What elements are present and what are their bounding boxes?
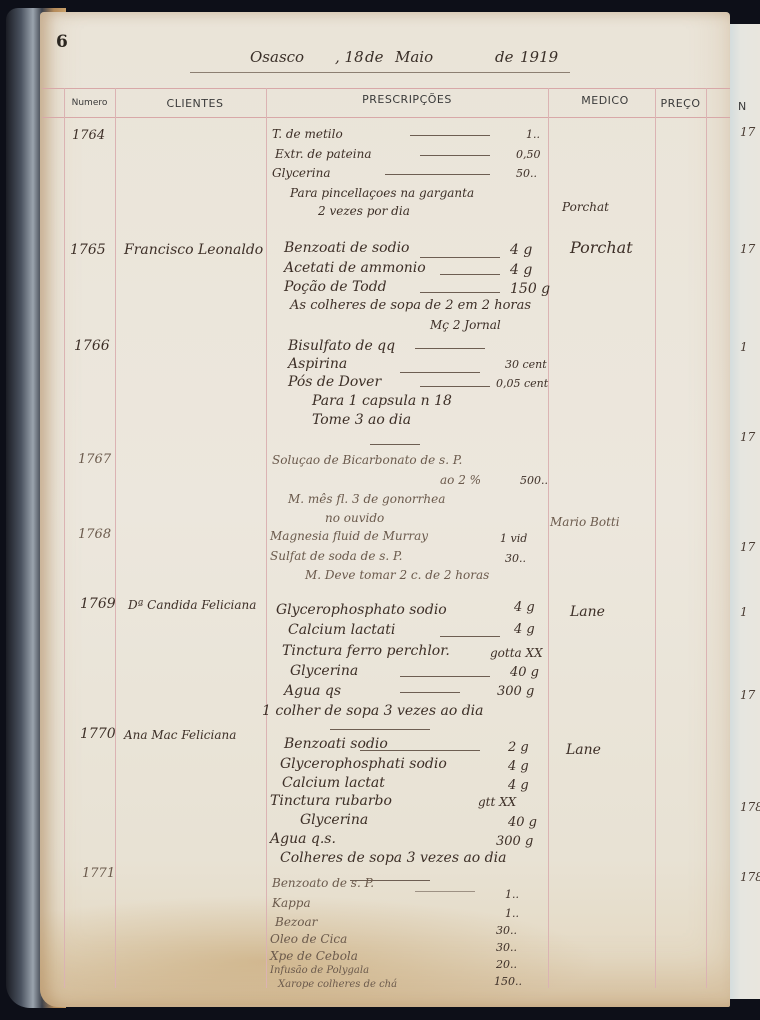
- rx-qty: 4 g: [508, 778, 529, 793]
- rx-line: Glycerina: [272, 166, 330, 180]
- facing-number: 17: [740, 242, 755, 256]
- rx-dash: [360, 750, 480, 751]
- medico-name: Lane: [570, 604, 605, 620]
- rx-dash: [440, 636, 500, 637]
- medico-name: Porchat: [570, 238, 633, 257]
- entry-number: 1765: [70, 242, 106, 258]
- rx-dash: [420, 257, 500, 258]
- rx-instruction: 1 colher de sopa 3 vezes ao dia: [262, 703, 483, 719]
- facing-number: 1: [740, 340, 748, 354]
- client-name: Ana Mac Feliciana: [124, 728, 236, 742]
- rx-instruction: Para pincellaçoes na garganta: [290, 186, 474, 200]
- header-medico: MEDICO: [560, 94, 650, 107]
- client-name: Francisco Leonaldo: [124, 242, 263, 258]
- rx-qty: 4 g: [510, 242, 532, 258]
- rx-qty: 4 g: [508, 759, 529, 774]
- rx-line: Xarope colheres de chá: [278, 979, 397, 990]
- rx-qty: 30 cent: [505, 358, 547, 371]
- rx-qty: 0,50: [516, 148, 541, 161]
- rx-line: Magnesia fluid de Murray: [270, 529, 428, 543]
- rx-qty: 4 g: [510, 262, 532, 278]
- header-bottom-rule: [42, 117, 730, 118]
- rx-qty: 30..: [496, 941, 517, 954]
- rx-line: ao 2 %: [440, 473, 481, 487]
- rx-qty: 1..: [505, 907, 519, 920]
- header-top-rule: [42, 88, 730, 89]
- rx-instruction: Para 1 capsula n 18: [312, 393, 452, 409]
- rx-instruction: 2 vezes por dia: [318, 204, 410, 218]
- rx-instruction: M. Deve tomar 2 c. de 2 horas: [305, 568, 489, 582]
- rx-qty: 30..: [505, 552, 526, 565]
- rx-line: Poção de Todd: [284, 279, 387, 295]
- rx-dash: [420, 292, 500, 293]
- date-day: , 18: [335, 48, 364, 66]
- header-preco: PREÇO: [655, 97, 706, 110]
- rx-line: Glycerina: [300, 812, 368, 828]
- rx-dash: [400, 692, 460, 693]
- rx-line: Soluçao de Bicarbonato de s. P.: [272, 453, 462, 467]
- entry-number: 1766: [74, 338, 110, 354]
- date-month: Maio: [395, 48, 433, 66]
- medico-name: Lane: [566, 742, 601, 758]
- rx-instruction: As colheres de sopa de 2 em 2 horas: [290, 298, 531, 313]
- rx-line: Kappa: [272, 896, 311, 910]
- col-line-1: [64, 88, 65, 988]
- rx-qty: 4 g: [514, 600, 535, 615]
- rx-qty: 150 g: [510, 281, 550, 297]
- medico-name: Porchat: [562, 200, 609, 214]
- rx-dash: [400, 372, 480, 373]
- entry-number: 1770: [80, 726, 116, 742]
- entry-number: 1771: [82, 866, 115, 881]
- rx-line: Xpe de Cebola: [270, 949, 358, 963]
- header-prescripcoes: PRESCRIPÇÕES: [266, 93, 548, 106]
- rx-qty: 2 g: [508, 740, 529, 755]
- col-line-5: [655, 88, 656, 988]
- col-line-6: [706, 88, 707, 988]
- rx-dash: [440, 274, 500, 275]
- rx-qty: 50..: [516, 167, 537, 180]
- rx-line: Tinctura rubarbo: [270, 793, 392, 809]
- header-clientes: CLIENTES: [140, 97, 250, 110]
- date-de-2: de: [495, 48, 513, 66]
- facing-number: 1781: [740, 870, 760, 884]
- col-line-2: [115, 88, 116, 988]
- rx-dash: [385, 174, 490, 175]
- date-de-1: de: [365, 48, 383, 66]
- rx-qty: 30..: [496, 924, 517, 937]
- rx-qty: 20..: [496, 958, 517, 971]
- rx-qty: 1 vid: [500, 532, 527, 545]
- rx-line: Infusão de Polygala: [270, 965, 369, 976]
- facing-number: 178: [740, 800, 760, 814]
- rx-separator: [330, 729, 430, 730]
- rx-line: Aspirina: [288, 356, 347, 372]
- rx-instruction: Mç 2 Jornal: [430, 318, 501, 332]
- rx-qty: 300 g: [497, 684, 534, 699]
- rx-dash: [420, 386, 490, 387]
- facing-number: 1: [740, 605, 748, 619]
- rx-dash: [420, 155, 490, 156]
- rx-line: Extr. de pateina: [275, 147, 371, 161]
- facing-number: 17: [740, 430, 755, 444]
- client-name: Dª Candida Feliciana: [128, 598, 256, 612]
- rx-line: Glycerophosphati sodio: [280, 756, 447, 772]
- facing-header-fragment: N: [738, 100, 747, 113]
- facing-number: 17: [740, 688, 755, 702]
- rx-line: Sulfat de soda de s. P.: [270, 549, 403, 563]
- rx-qty: 40 g: [510, 665, 539, 680]
- rx-qty: 150..: [494, 975, 522, 988]
- rx-line: Glycerina: [290, 663, 358, 679]
- rx-line: Agua q.s.: [270, 831, 336, 847]
- dateline: Osasco , 18 de Maio de 1919: [190, 48, 570, 73]
- rx-line: T. de metilo: [272, 127, 343, 141]
- rx-line: Bisulfato de qq: [288, 338, 395, 354]
- rx-line: Glycerophosphato sodio: [276, 602, 447, 618]
- entry-number: 1767: [78, 452, 111, 467]
- rx-instruction: no ouvido: [325, 511, 384, 525]
- rx-qty: 1..: [505, 888, 519, 901]
- rx-qty: 1..: [526, 128, 540, 141]
- rx-qty: 500..: [520, 474, 548, 487]
- rx-instruction: M. mês fl. 3 de gonorrhea: [288, 492, 445, 506]
- entry-number: 1768: [78, 527, 111, 542]
- rx-separator: [370, 444, 420, 445]
- rx-instruction: Tome 3 ao dia: [312, 412, 411, 428]
- rx-dash: [415, 348, 485, 349]
- entry-number: 1769: [80, 596, 116, 612]
- facing-number: 17: [740, 125, 755, 139]
- rx-line: Pós de Dover: [288, 374, 381, 390]
- rx-line: Calcium lactat: [282, 775, 385, 791]
- medico-name: Mario Botti: [550, 515, 620, 529]
- rx-dash: [415, 891, 475, 892]
- rx-qty: 300 g: [496, 834, 533, 849]
- rx-line: Benzoato de s. P.: [272, 876, 374, 890]
- rx-line: Acetati de ammonio: [284, 260, 426, 276]
- page-number: 6: [56, 32, 68, 52]
- col-line-3: [266, 88, 267, 988]
- rx-line: Benzoati de sodio: [284, 240, 409, 256]
- rx-line: Calcium lactati: [288, 622, 395, 638]
- header-numero: Numero: [64, 98, 115, 108]
- rx-qty: gtt XX: [478, 795, 516, 809]
- rx-qty: 0,05 cent: [496, 377, 548, 390]
- rx-qty: 4 g: [514, 622, 535, 637]
- rx-qty: 40 g: [508, 815, 537, 830]
- date-year: 1919: [520, 48, 558, 66]
- date-place: Osasco: [250, 48, 304, 66]
- entry-number: 1764: [72, 128, 105, 143]
- col-line-4: [548, 88, 549, 988]
- rx-dash: [400, 676, 490, 677]
- rx-line: Oleo de Cica: [270, 932, 347, 946]
- rx-qty: gotta XX: [490, 646, 543, 660]
- rx-line: Tinctura ferro perchlor.: [282, 643, 450, 659]
- rx-instruction: Colheres de sopa 3 vezes ao dia: [280, 850, 506, 866]
- rx-line: Agua qs: [284, 683, 341, 699]
- rx-line: Bezoar: [275, 915, 317, 929]
- facing-number: 17: [740, 540, 755, 554]
- rx-dash: [410, 135, 490, 136]
